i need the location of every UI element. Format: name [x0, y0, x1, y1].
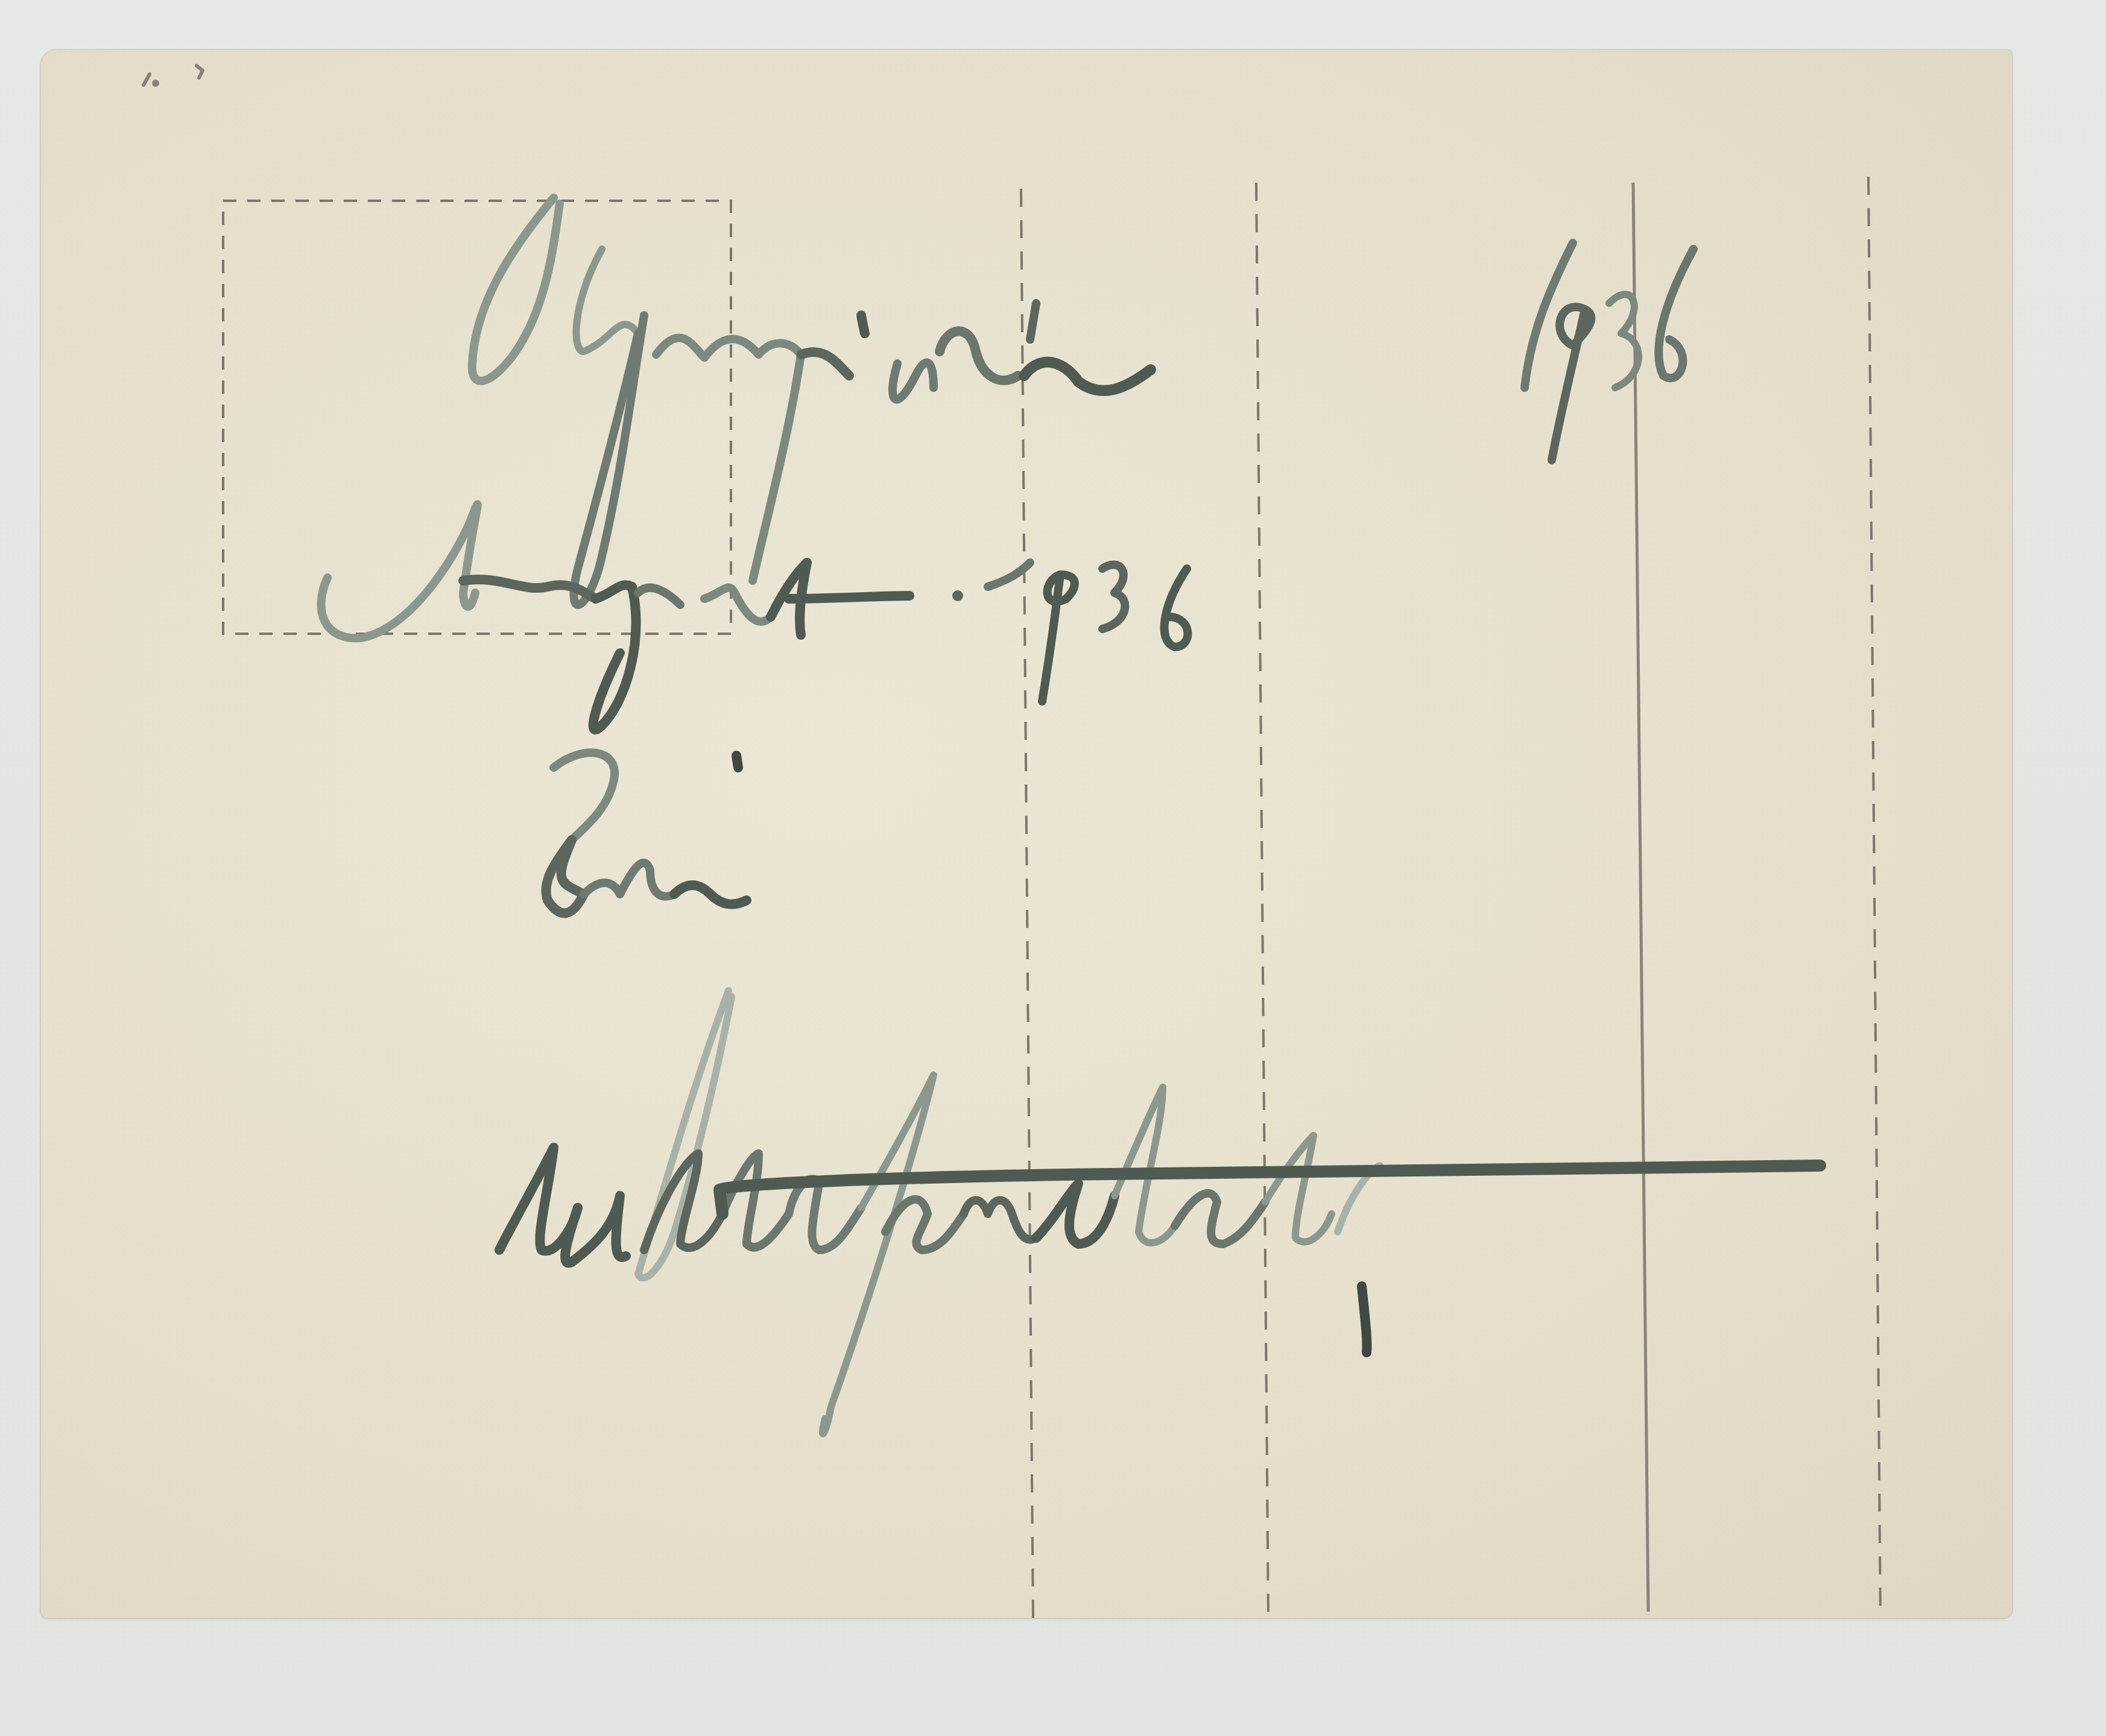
dashed-column-lines [1021, 177, 1880, 1618]
pencil-mark-glyphs [144, 66, 203, 85]
handwriting-signature [499, 991, 1820, 1434]
handwriting-berlin [546, 753, 747, 913]
handwriting-olympiade [472, 198, 1693, 605]
handwriting-date [321, 504, 1187, 730]
solid-column-line [1633, 183, 1648, 1612]
scan-background: Olympiade 1936 August 1936 Berlin Meerke… [0, 0, 2106, 1736]
card-artwork [41, 50, 2012, 1618]
stamp-box [223, 201, 731, 634]
card: Olympiade 1936 August 1936 Berlin Meerke… [41, 50, 2012, 1618]
